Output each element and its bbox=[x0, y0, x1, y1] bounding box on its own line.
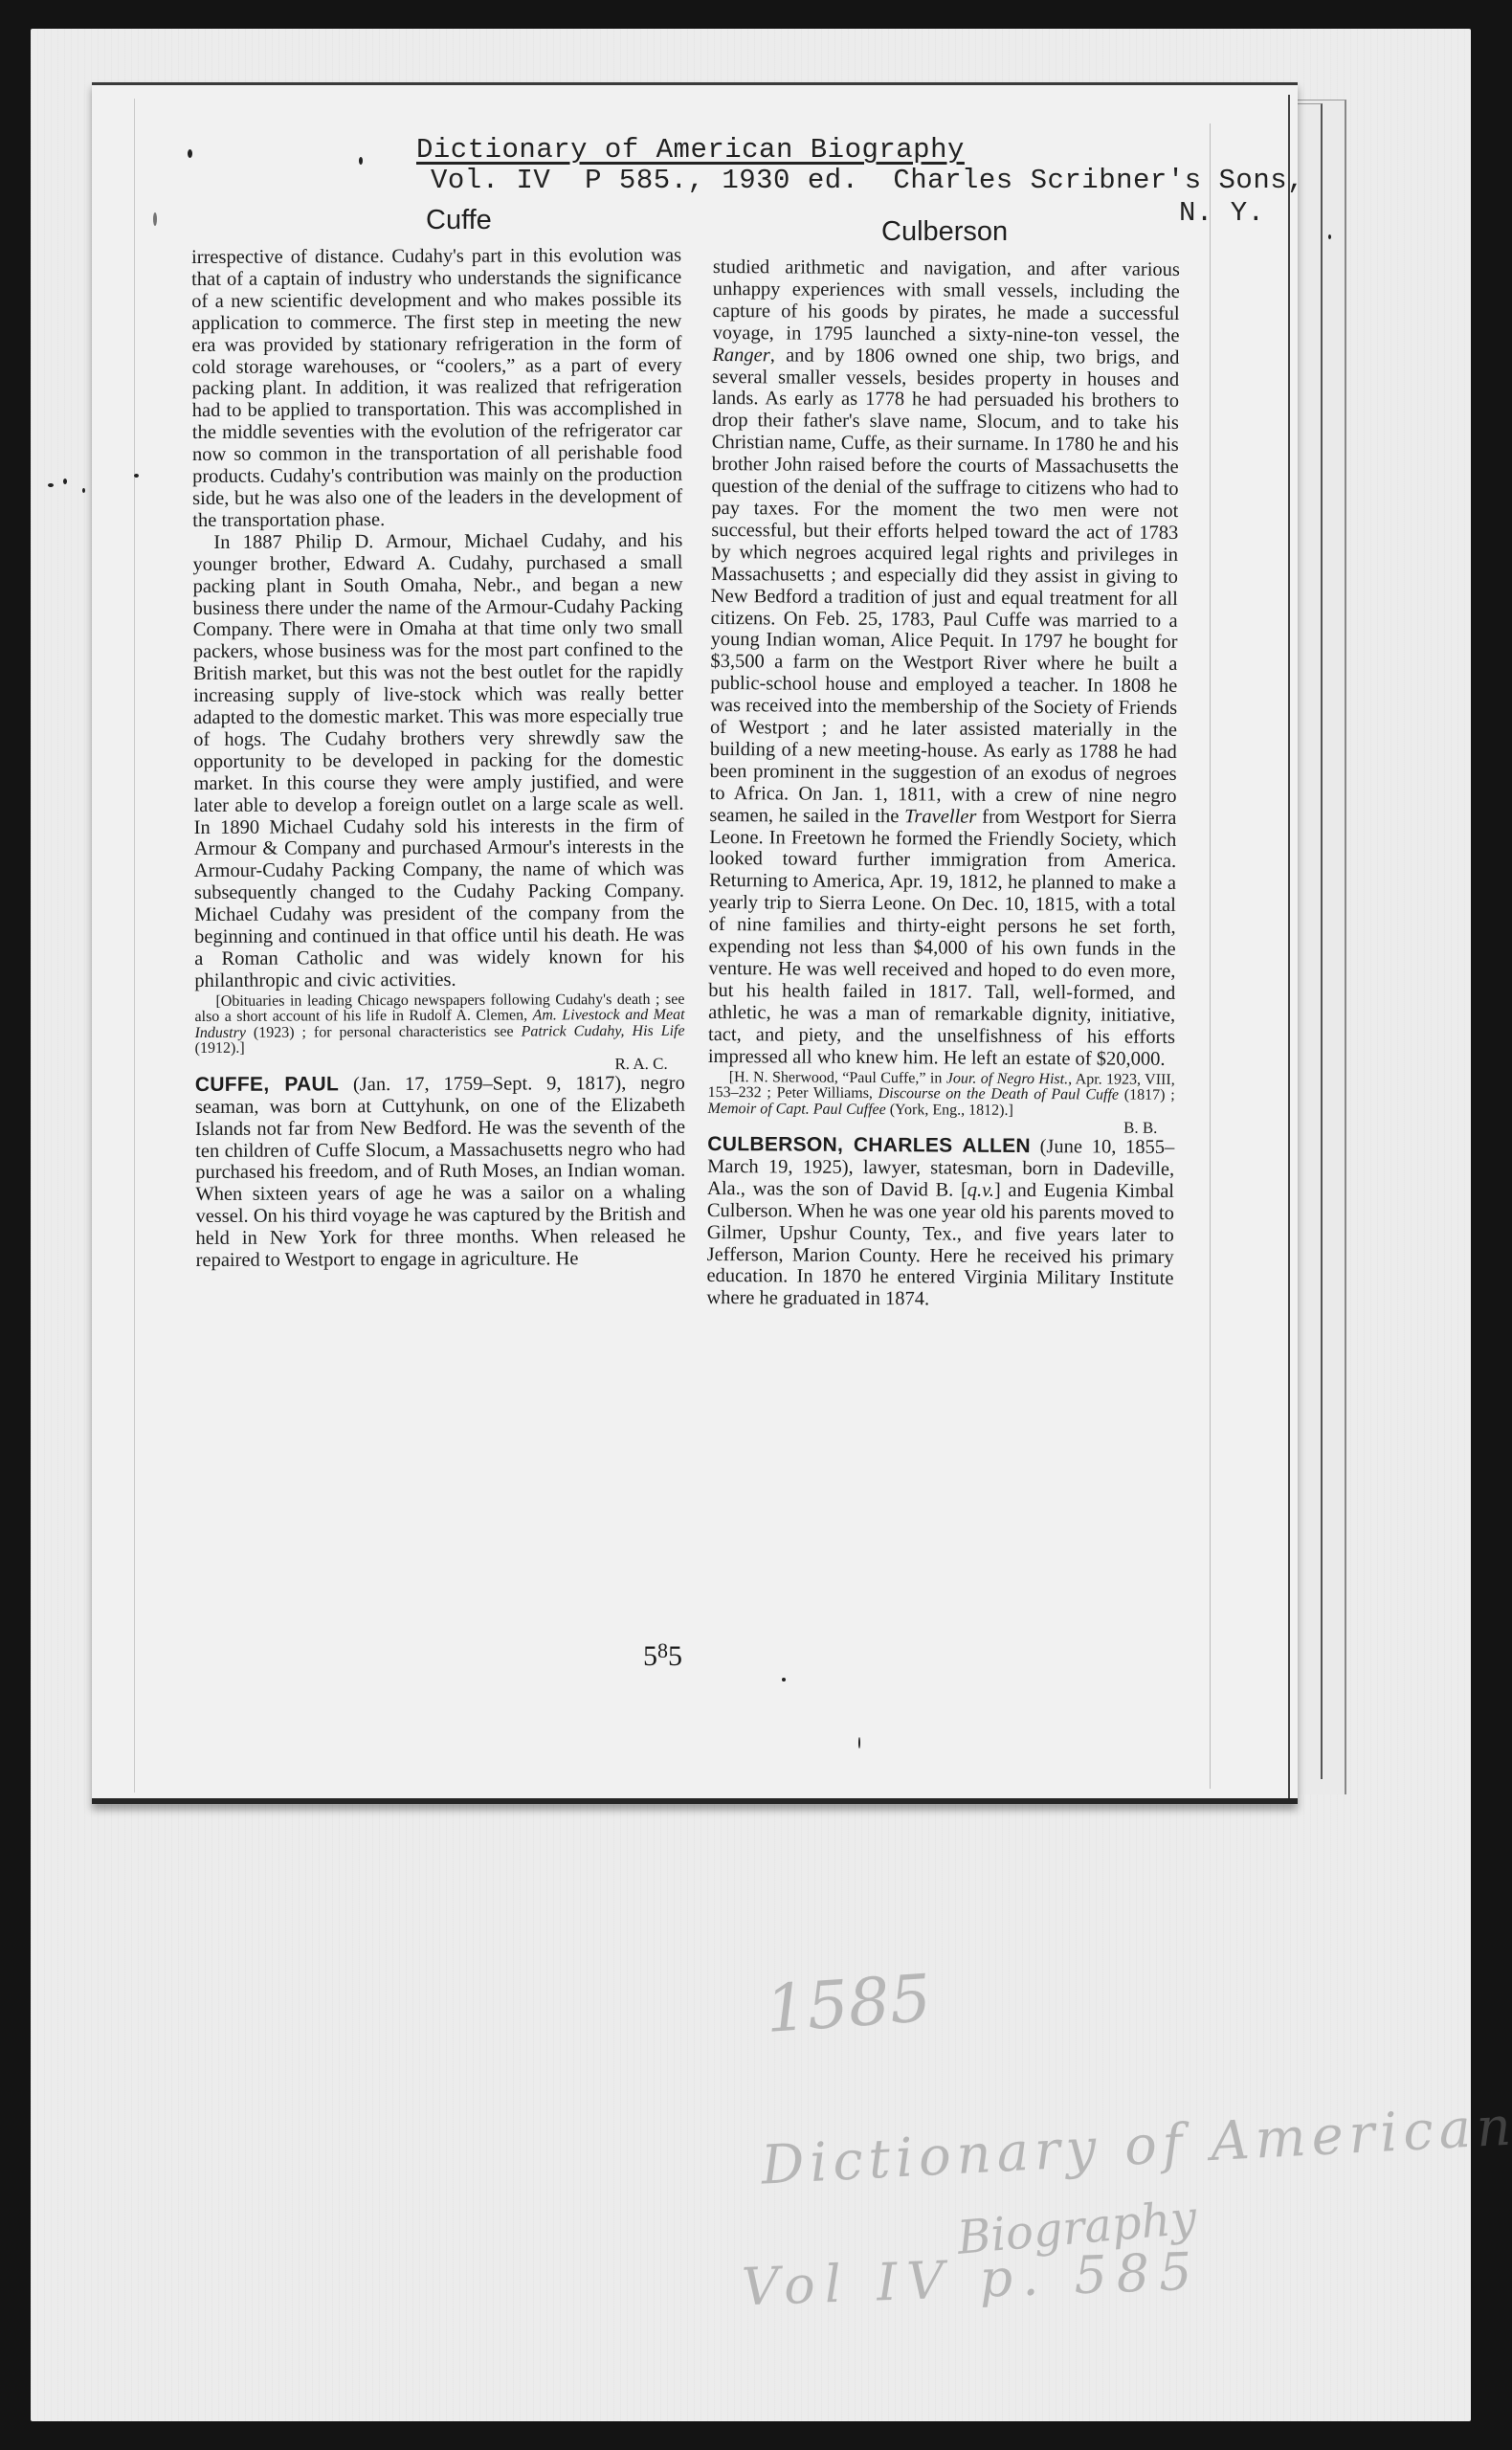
scan-speck bbox=[82, 488, 85, 493]
bibliography: [H. N. Sherwood, “Paul Cuffe,” in Jour. … bbox=[708, 1070, 1175, 1120]
left-column: irrespective of distance. Cudahy's part … bbox=[191, 245, 686, 1272]
paragraph: In 1887 Philip D. Armour, Michael Cudahy… bbox=[192, 530, 684, 992]
scan-speck bbox=[48, 483, 54, 487]
scan-speck bbox=[63, 479, 67, 484]
entry-dates: (Jan. 17, 1759–Sept. 9, 1817), bbox=[339, 1073, 626, 1095]
scan-speck bbox=[153, 212, 157, 226]
paragraph: studied arithmetic and navigation, and a… bbox=[708, 256, 1180, 1070]
source-title: Dictionary of American Biography bbox=[416, 134, 965, 166]
paragraph: irrespective of distance. Cudahy's part … bbox=[191, 245, 682, 532]
scan-speck bbox=[188, 149, 192, 158]
paper-edge bbox=[1288, 95, 1290, 1798]
ship-name: Traveller bbox=[904, 806, 976, 827]
scan-speck bbox=[359, 157, 363, 165]
paper-edge bbox=[1210, 123, 1211, 1789]
scan-speck bbox=[858, 1737, 860, 1748]
entry-culberson: CULBERSON, CHARLES ALLEN (June 10, 1855–… bbox=[706, 1134, 1174, 1312]
scan-speck bbox=[782, 1678, 786, 1682]
entry-heading: CULBERSON, CHARLES ALLEN bbox=[707, 1133, 1031, 1157]
author-signature: R. A. C. bbox=[195, 1056, 685, 1075]
handwritten-note: 1585 bbox=[763, 1961, 933, 2048]
running-head-left: Cuffe bbox=[426, 205, 492, 236]
entry-heading: CUFFE, PAUL bbox=[195, 1073, 339, 1096]
citation-location: N. Y. bbox=[1179, 197, 1265, 229]
entry-cuffe: CUFFE, PAUL (Jan. 17, 1759–Sept. 9, 1817… bbox=[195, 1073, 686, 1272]
page-number: 585 bbox=[643, 1638, 682, 1673]
running-head-right: Culberson bbox=[881, 216, 1008, 248]
scan-speck bbox=[134, 474, 139, 478]
right-column: studied arithmetic and navigation, and a… bbox=[706, 256, 1180, 1312]
ship-name: Ranger bbox=[712, 345, 769, 366]
fold-line bbox=[134, 99, 135, 1793]
scan-speck bbox=[1328, 234, 1331, 239]
bibliography: [Obituaries in leading Chicago newspaper… bbox=[194, 992, 684, 1058]
citation-line: Vol. IV P 585., 1930 ed. Charles Scribne… bbox=[431, 165, 1304, 196]
